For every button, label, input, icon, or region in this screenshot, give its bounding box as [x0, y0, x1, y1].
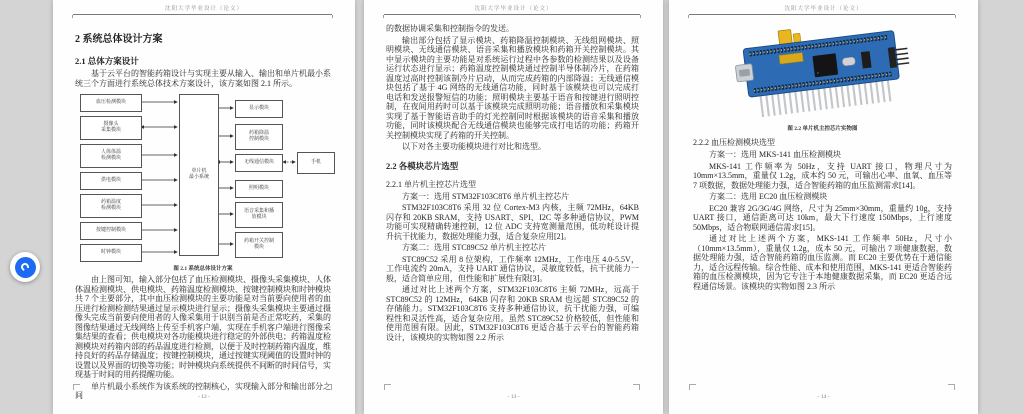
body-paragraph: 的数据协调采集和控制指令的发送。 — [386, 24, 639, 34]
diagram-box-key-control-module: 按键控制模块 — [80, 222, 142, 240]
diagram-box-body-temp-module: 人体体温检测模块 — [80, 144, 142, 168]
page-14-content: 图 2.2 单片机主控芯片实物图 2.2.2 血压检测模块选型 方案一：选用 M… — [693, 0, 952, 291]
section-heading-2-2: 2.2 各模块芯片选型 — [386, 160, 639, 172]
diagram-box-cooling-control-module: 药箱降温控制模块 — [235, 124, 283, 150]
chapter-heading: 2 系统总体设计方案 — [75, 30, 331, 45]
body-paragraph: STC89C52 采用 8 位架构，工作频率 12MHz，工作电压 4.0-5.… — [386, 255, 639, 284]
subsection-heading-2-2-1: 2.2.1 单片机主控芯片选型 — [386, 179, 639, 190]
body-paragraph: 通过对比上述两个方案，MKS-141 工作频率 50Hz，尺寸小（10mm×13… — [693, 234, 952, 291]
body-paragraph: MKS-141 工作频率为 50Hz，支持 UART 接口，物理尺寸为 10mm… — [693, 162, 952, 191]
document-viewer-canvas: { "header_text": "沈阳大学毕业设计（论文）", "page1"… — [0, 0, 1024, 414]
stm32-board-illustration — [728, 20, 918, 122]
text-margin-mark — [633, 384, 640, 390]
body-paragraph: EC20 兼容 2G/3G/4G 网络，尺寸为 25mm×30mm，重量约 10… — [693, 204, 952, 233]
text-margin-mark — [325, 384, 332, 390]
document-page-13: 沈阳大学毕业设计（论文） 的数据协调采集和控制指令的发送。 输出部分包括了显示模… — [364, 0, 663, 414]
page-number: - 14 - — [669, 394, 978, 400]
diagram-box-box-temp-module: 药箱温度检测模块 — [80, 194, 142, 218]
body-paragraph: 基于云平台的智能药箱设计与实现主要从输入、输出和单片机最小系统三个方面进行系统总… — [75, 69, 331, 88]
document-page-12: 沈阳大学毕业设计（论文） 2 系统总体设计方案 2.1 总体方案设计 基于云平台… — [53, 0, 355, 414]
header-rule — [384, 14, 640, 15]
text-margin-mark — [948, 384, 955, 390]
body-paragraph: 方案二：选用 EC20 血压检测模块 — [693, 192, 952, 202]
diagram-box-display-module: 显示模块 — [235, 100, 283, 118]
subsection-heading-2-2-2: 2.2.2 血压检测模块选型 — [693, 137, 952, 148]
page-12-content: 2 系统总体设计方案 2.1 总体方案设计 基于云平台的智能药箱设计与实现主要从… — [75, 0, 331, 401]
mcu-board-photo — [728, 20, 918, 122]
body-paragraph: 方案二：选用 STC89C52 单片机主控芯片 — [386, 243, 639, 253]
body-paragraph: STM32F103C8T6 采用 32 位 Cortex-M3 内核，主频 72… — [386, 203, 639, 241]
text-margin-mark — [384, 384, 391, 390]
document-page-14: 沈阳大学毕业设计（论文） — [669, 0, 978, 414]
body-paragraph: 方案一：选用 STM32F103C8T6 单片机主控芯片 — [386, 192, 639, 202]
diagram-box-clock-module: 时钟模块 — [80, 244, 142, 262]
body-paragraph: 方案一：选用 MKS-141 血压检测模块 — [693, 150, 952, 160]
stm32-chip — [812, 53, 838, 77]
diagram-box-camera-module: 摄像头采集模块 — [80, 116, 142, 140]
section-heading-2-1: 2.1 总体方案设计 — [75, 55, 331, 67]
body-paragraph: 以下对各主要功能模块进行对比和选型。 — [386, 142, 639, 152]
assistant-button-disc — [15, 257, 36, 278]
text-margin-mark — [73, 384, 80, 390]
diagram-box-wireless-comm-module: 无线通信模块 — [235, 154, 283, 172]
diagram-box-switch-control-module: 药箱开关控制模块 — [235, 232, 283, 258]
page-number: - 12 - — [53, 394, 355, 400]
body-paragraph: 由上图可知，输入部分包括了血压检测模块、摄像头采集模块、人体体温检测模块、供电模… — [75, 275, 331, 380]
body-paragraph: 输出部分包括了显示模块、药箱降温控制模块、无线组网模块、照明模块、无线通信模块、… — [386, 36, 639, 141]
page-13-content: 的数据协调采集和控制指令的发送。 输出部分包括了显示模块、药箱降温控制模块、无线… — [386, 24, 639, 342]
diagram-box-lighting-module: 照明模块 — [235, 180, 283, 198]
diagram-box-mcu-minimum-system: 单片机最小系统 — [179, 94, 219, 256]
floating-assistant-button[interactable] — [10, 252, 40, 282]
page-number: - 13 - — [364, 394, 663, 400]
system-block-diagram: 血压检测模块 摄像头采集模块 人体体温检测模块 供电模块 药箱温度检测模块 按键… — [75, 92, 335, 262]
diagram-box-power-module: 供电模块 — [80, 172, 142, 190]
diagram-box-blood-pressure-module: 血压检测模块 — [80, 94, 142, 112]
body-paragraph: 通过对比上述两个方案，STM32F103C8T6 主频 72MHz，远高于 ST… — [386, 285, 639, 342]
page-header-text: 沈阳大学毕业设计（论文） — [364, 4, 663, 12]
diagram-box-voice-module: 语音采集和播放模块 — [235, 202, 283, 228]
text-margin-mark — [689, 384, 696, 390]
figure-2-1-caption: 图 2.1 系统总体设计方案 — [75, 264, 331, 272]
figure-2-2-caption: 图 2.2 单片机主控芯片实物图 — [693, 124, 952, 132]
crystal-oscillator — [842, 57, 855, 66]
diagram-box-phone: 手机 — [297, 152, 335, 174]
ring-icon — [20, 262, 31, 273]
